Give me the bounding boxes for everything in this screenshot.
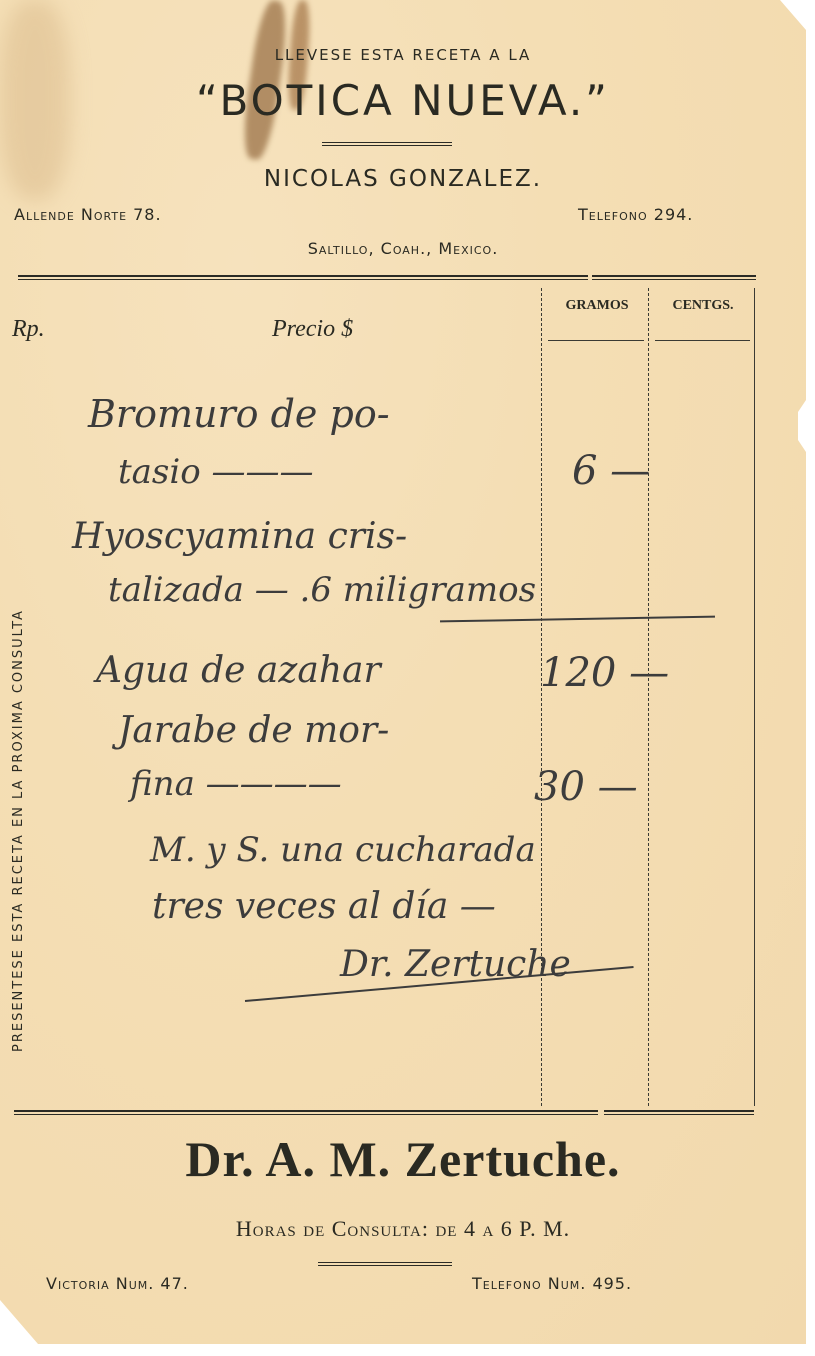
column-divider: [648, 288, 649, 1106]
rx-line: Agua de azahar: [96, 650, 381, 691]
rx-line: Hyoscyamina cris-: [72, 516, 407, 557]
header-underline: [548, 340, 644, 341]
column-header-gramos: GRAMOS: [552, 298, 642, 314]
pharmacy-address: Allende Norte 78.: [14, 205, 162, 224]
rx-line: M. y S. una cucharada: [150, 830, 536, 870]
header-underline: [655, 340, 750, 341]
rx-qty: 120 —: [540, 650, 669, 696]
doctor-address: Victoria Num. 47.: [46, 1274, 189, 1293]
rx-line: fina ————: [130, 764, 342, 804]
doctor-name: Dr. A. M. Zertuche.: [0, 1130, 806, 1188]
consult-hours: Horas de Consulta: de 4 a 6 P. M.: [0, 1216, 806, 1242]
rx-line: Jarabe de mor-: [118, 710, 389, 751]
pre-title: LLEVESE ESTA RECETA A LA: [0, 46, 806, 64]
pharmacy-name: “BOTICA NUEVA.”: [0, 76, 806, 125]
pharmacy-phone: Telefono 294.: [578, 205, 693, 224]
bottom-rule: [604, 1110, 754, 1115]
side-note: PRESENTESE ESTA RECETA EN LA PROXIMA CON…: [11, 412, 26, 1052]
rx-line: tres veces al día —: [152, 886, 496, 927]
rx-line: Bromuro de po-: [88, 392, 390, 436]
rx-qty: 30 —: [534, 764, 638, 810]
column-divider: [754, 288, 755, 1106]
handwritten-underline: [440, 616, 715, 623]
doctor-signature: Dr. Zertuche: [340, 944, 571, 985]
column-header-centgs: CENTGS.: [658, 298, 748, 314]
bottom-rule: [14, 1110, 598, 1115]
price-label: Precio $: [272, 316, 353, 343]
top-rule: [18, 275, 588, 280]
rx-line: talizada — .6 miligramos: [108, 570, 536, 610]
rp-label: Rp.: [12, 316, 45, 343]
top-rule: [592, 275, 756, 280]
divider: [322, 142, 452, 146]
doctor-phone: Telefono Num. 495.: [472, 1274, 632, 1293]
rx-qty: 6 —: [572, 448, 650, 494]
rx-line: tasio ———: [118, 452, 314, 492]
owner-name: NICOLAS GONZALEZ.: [0, 166, 806, 192]
prescription-paper: LLEVESE ESTA RECETA A LA “BOTICA NUEVA.”…: [0, 0, 806, 1344]
divider: [318, 1262, 452, 1266]
pharmacy-city: Saltillo, Coah., Mexico.: [0, 239, 806, 258]
